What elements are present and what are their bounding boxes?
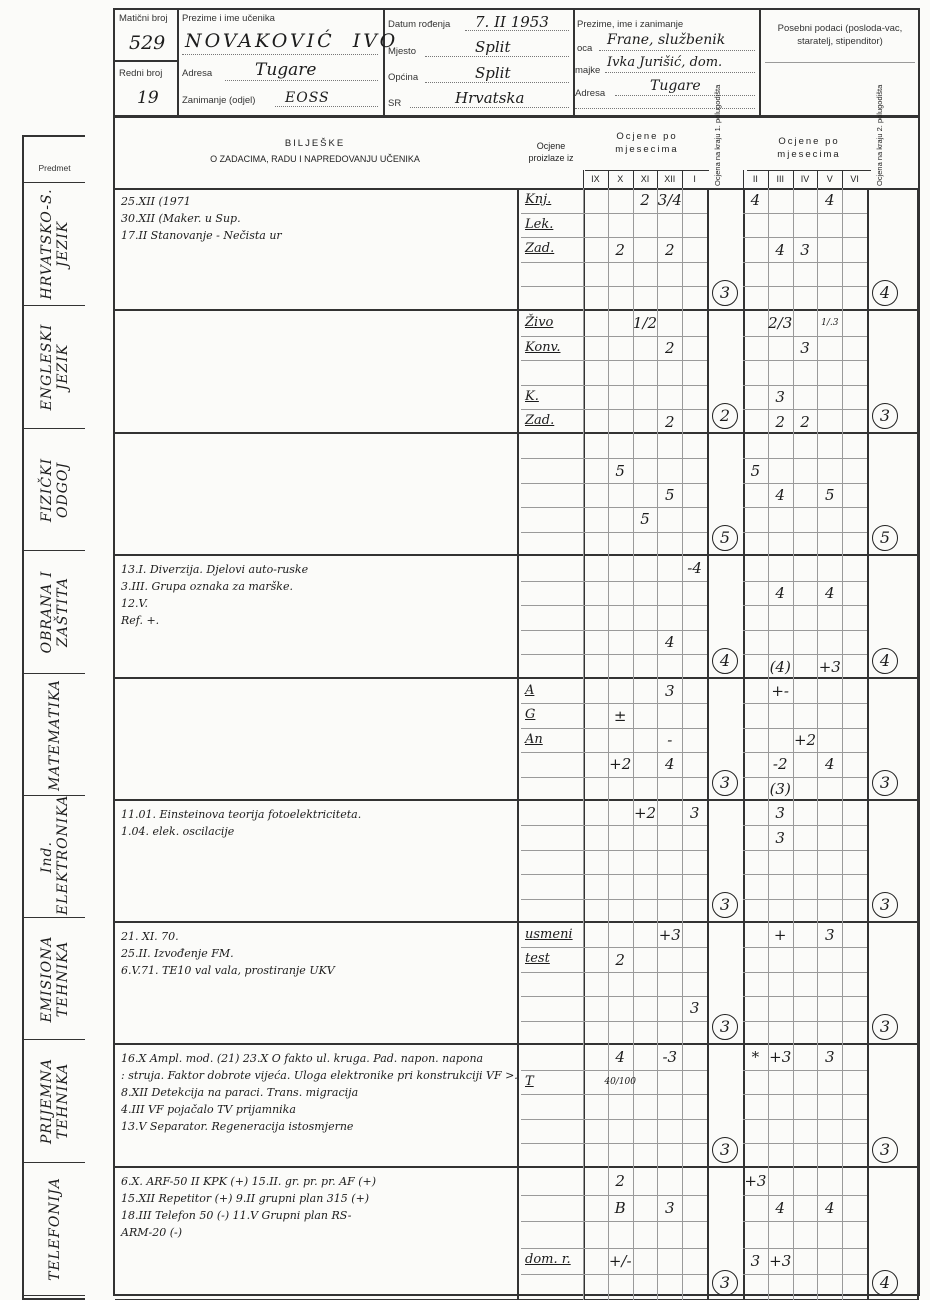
roditelji-adresa-label: Adresa <box>575 88 605 99</box>
month-label: XI <box>633 174 658 184</box>
grade-entry: 4 <box>825 191 835 209</box>
grade-entry: +/- <box>609 1252 632 1270</box>
grade-entry: 5 <box>825 486 835 504</box>
subject-row: 16.X Ampl. mod. (21) 23.X O fakto ul. kr… <box>115 1045 918 1168</box>
grade-entry: 4 <box>665 755 675 773</box>
redni-broj-label: Redni broj <box>119 68 162 79</box>
adresa-label: Adresa <box>182 68 212 79</box>
note-line: 30.XII (Maker. u Sup. <box>121 211 241 226</box>
grade-entry: 4 <box>825 755 835 773</box>
note-line: 18.III Telefon 50 (-) 11.V Grupni plan R… <box>121 1208 351 1223</box>
note-line: 3.III. Grupa oznaka za marške. <box>121 579 293 594</box>
subject-name: FIZIČKI ODGOJ <box>39 432 71 548</box>
maticni-broj-label: Matični broj <box>119 13 168 24</box>
subject-name: HRVATSKO-S. JEZIK <box>39 186 71 303</box>
grade-source: Zad. <box>525 413 554 428</box>
grade-entry: + <box>774 926 787 944</box>
grade-entry: (4) <box>770 658 791 676</box>
subject-row: 55545555 <box>115 434 918 556</box>
grade-source: Zad. <box>525 241 554 256</box>
month-label: IV <box>793 174 818 184</box>
mjesto-label: Mjesto <box>388 46 416 57</box>
final-grade-1: 3 <box>712 892 738 918</box>
grade-source: Konv. <box>525 340 561 355</box>
subject-name: OBRANA I ZAŠTITA <box>39 554 71 671</box>
grade-source: G <box>525 707 535 722</box>
note-line: 13.I. Diverzija. Djelovi auto-ruske <box>121 562 308 577</box>
grade-entry: +3 <box>819 658 841 676</box>
grade-source: An <box>525 732 543 747</box>
grade-entry: 3 <box>665 682 675 700</box>
final-grade-2: 4 <box>872 280 898 306</box>
grade-entry: +2 <box>794 731 816 749</box>
adresa-value: Tugare <box>255 60 317 80</box>
final-grade-2: 3 <box>872 892 898 918</box>
majke-label: majke <box>575 65 600 76</box>
grade-entry: -2 <box>773 755 788 773</box>
grade-entry: +2 <box>609 755 631 773</box>
note-line: 21. XI. 70. <box>121 929 179 944</box>
subject-row: 25.XII (197130.XII (Maker. u Sup.17.II S… <box>115 188 918 311</box>
subject-label-cell: TELEFONIJA <box>24 1163 85 1296</box>
student-header: Matični broj 529 Redni broj 19 Prezime i… <box>113 8 920 118</box>
note-line: Ref. +. <box>121 613 159 628</box>
subject-label-cell: OBRANA I ZAŠTITA <box>24 551 85 674</box>
grade-entry: 2 <box>775 413 785 431</box>
subject-row: ŽivoKonv.K.Zad.1/22/31/.323322223 <box>115 311 918 434</box>
grade-entry: 2 <box>800 413 810 431</box>
sr-value: Hrvatska <box>455 89 524 107</box>
predmet-header: Predmet <box>24 137 85 183</box>
biljeske-title: BILJEŠKE <box>115 138 515 149</box>
note-line: 25.XII (1971 <box>121 194 191 209</box>
grade-entry: 3 <box>775 388 785 406</box>
grade-entry: 2 <box>615 951 625 969</box>
grade-entry: 4 <box>615 1048 625 1066</box>
redni-broj-value: 19 <box>137 88 159 108</box>
grade-entry: 40/100 <box>604 1077 636 1087</box>
grade-source: Knj. <box>525 192 551 207</box>
student-name: NOVAKOVIĆ IVO <box>185 30 398 52</box>
grade-entry: 3 <box>690 999 700 1017</box>
grade-entry: 5 <box>640 510 650 528</box>
subject-label-cell: Ind. ELEKTRONIKA <box>24 796 85 918</box>
subject-row: AGAn3+-±-+2+24-24(3)33 <box>115 679 918 801</box>
grade-entry: -3 <box>662 1048 677 1066</box>
subject-label-cell: PRIJEMNA TEHNIKA <box>24 1040 85 1163</box>
zanimanje-value: EOSS <box>285 90 330 106</box>
final-grade-2: 4 <box>872 648 898 674</box>
subject-label-cell: EMISIONA TEHNIKA <box>24 918 85 1040</box>
oca-value: Frane, službenik <box>607 32 725 48</box>
grade-entry: 5 <box>751 462 761 480</box>
grade-entry: B <box>615 1199 626 1217</box>
ocjene-proizlaze-label: Ocjene proizlaze iz <box>518 140 584 164</box>
subject-label-cell: ENGLESKI JEZIK <box>24 306 85 429</box>
note-line: 25.II. Izvođenje FM. <box>121 946 234 961</box>
grade-entry: 3 <box>775 829 785 847</box>
grade-entry: 2 <box>665 339 675 357</box>
grade-source: T <box>525 1074 534 1089</box>
month-label: I <box>682 174 707 184</box>
posebni-podaci-label: Posebni podaci (posloda-vac, staratelj, … <box>765 22 915 48</box>
grade-entry: 2/3 <box>768 314 792 332</box>
opcina-value: Split <box>475 64 511 82</box>
note-line: 8.XII Detekcija na paraci. Trans. migrac… <box>121 1085 358 1100</box>
note-line: 12.V. <box>121 596 148 611</box>
final-grade-1: 4 <box>712 648 738 674</box>
note-line: : struja. Faktor dobrote vijeća. Uloga e… <box>121 1068 518 1083</box>
sr-label: SR <box>388 98 401 109</box>
grade-entry: 4 <box>751 191 761 209</box>
grade-entry: 2 <box>665 413 675 431</box>
subject-label-cell: MATEMATIKA <box>24 674 85 796</box>
subject-row: 11.01. Einsteinova teorija fotoelektrici… <box>115 801 918 923</box>
subject-row: 13.I. Diverzija. Djelovi auto-ruske3.III… <box>115 556 918 679</box>
grade-entry: 1/.3 <box>821 318 838 328</box>
month-label: XII <box>657 174 682 184</box>
grade-entry: (3) <box>770 780 791 798</box>
kraj-2-label: Ocjena na kraju 2. polugodišta <box>875 124 884 186</box>
grade-entry: 4 <box>775 241 785 259</box>
month-label: III <box>768 174 793 184</box>
month-label: X <box>608 174 633 184</box>
note-line: ARM-20 (-) <box>121 1225 182 1240</box>
final-grade-2: 5 <box>872 525 898 551</box>
mjesto-value: Split <box>475 38 511 56</box>
zanimanje-label: Zanimanje (odjel) <box>182 95 255 106</box>
grade-entry: 3/4 <box>658 191 682 209</box>
note-line: 15.XII Repetitor (+) 9.II grupni plan 31… <box>121 1191 369 1206</box>
grade-entry: +- <box>771 682 789 700</box>
grade-entry: ± <box>614 707 627 725</box>
grade-entry: +3 <box>769 1252 791 1270</box>
grade-entry: -4 <box>687 559 702 577</box>
grade-source: A <box>525 683 534 698</box>
final-grade-2: 3 <box>872 1014 898 1040</box>
majke-value: Ivka Jurišić, dom. <box>607 55 722 70</box>
subject-name: MATEMATIKA <box>47 677 63 793</box>
subject-label-cell: FIZIČKI ODGOJ <box>24 429 85 551</box>
grade-source: usmeni <box>525 927 573 942</box>
note-line: 6.V.71. TE10 val vala, prostiranje UKV <box>121 963 335 978</box>
grade-source: Lek. <box>525 217 553 232</box>
biljeske-subtitle: O ZADACIMA, RADU I NAPREDOVANJU UČENIKA <box>115 154 515 164</box>
grades-table: BILJEŠKE O ZADACIMA, RADU I NAPREDOVANJU… <box>113 118 920 1296</box>
note-line: 17.II Stanovanje - Nečista ur <box>121 228 282 243</box>
final-grade-1: 3 <box>712 1270 738 1296</box>
grade-source: dom. r. <box>525 1252 571 1267</box>
table-header-row: BILJEŠKE O ZADACIMA, RADU I NAPREDOVANJU… <box>115 118 918 190</box>
note-line: 6.X. ARF-50 II KPK (+) 15.II. gr. pr. pr… <box>121 1174 376 1189</box>
grade-entry: 1/2 <box>633 314 657 332</box>
final-grade-2: 3 <box>872 403 898 429</box>
subject-name: PRIJEMNA TEHNIKA <box>39 1043 71 1160</box>
grade-source: Živo <box>525 315 553 330</box>
subject-name: Ind. ELEKTRONIKA <box>39 799 71 915</box>
subject-name: TELEFONIJA <box>47 1166 63 1293</box>
roditelji-adresa-value: Tugare <box>650 78 701 94</box>
month-label: V <box>817 174 842 184</box>
grade-entry: 4 <box>775 486 785 504</box>
grade-entry: 3 <box>665 1199 675 1217</box>
grade-entry: 3 <box>690 804 700 822</box>
grade-entry: 3 <box>825 1048 835 1066</box>
final-grade-1: 2 <box>712 403 738 429</box>
subject-column: Predmet HRVATSKO-S. JEZIKENGLESKI JEZIKF… <box>22 135 85 1300</box>
grade-entry: 3 <box>800 339 810 357</box>
note-line: 1.04. elek. oscilacije <box>121 824 234 839</box>
final-grade-2: 3 <box>872 1137 898 1163</box>
grade-entry: - <box>667 731 672 749</box>
grade-entry: 2 <box>640 191 650 209</box>
opcina-label: Općina <box>388 72 418 83</box>
ocjene-po-mjesecima-2: Ocjene po mjesecima <box>747 135 871 161</box>
subject-row: 21. XI. 70.25.II. Izvođenje FM.6.V.71. T… <box>115 923 918 1045</box>
grade-entry: 2 <box>615 1172 625 1190</box>
month-label: VI <box>842 174 867 184</box>
grade-entry: +2 <box>634 804 656 822</box>
grade-entry: 2 <box>665 241 675 259</box>
grade-entry: 3 <box>775 804 785 822</box>
grade-entry: 4 <box>825 584 835 602</box>
grade-entry: 5 <box>665 486 675 504</box>
grade-entry: 3 <box>825 926 835 944</box>
grade-entry: 3 <box>751 1252 761 1270</box>
grade-entry: 2 <box>615 241 625 259</box>
grade-entry: 3 <box>800 241 810 259</box>
subject-label-cell: HRVATSKO-S. JEZIK <box>24 183 85 306</box>
grade-source: K. <box>525 389 539 404</box>
subject-name: ENGLESKI JEZIK <box>39 309 71 426</box>
datum-value: 7. II 1953 <box>475 13 549 31</box>
final-grade-1: 3 <box>712 1137 738 1163</box>
grade-source: test <box>525 951 550 966</box>
grade-entry: 4 <box>825 1199 835 1217</box>
subject-row: 6.X. ARF-50 II KPK (+) 15.II. gr. pr. pr… <box>115 1168 918 1300</box>
ocjene-po-mjesecima-1: Ocjene po mjesecima <box>585 130 709 156</box>
grade-entry: * <box>752 1048 760 1066</box>
final-grade-1: 3 <box>712 280 738 306</box>
final-grade-1: 5 <box>712 525 738 551</box>
note-line: 13.V Separator. Regeneracija istosmjerne <box>121 1119 353 1134</box>
grade-entry: 4 <box>665 633 675 651</box>
month-label: IX <box>583 174 608 184</box>
final-grade-1: 3 <box>712 770 738 796</box>
kraj-1-label: Ocjena na kraju 1. polugodišta <box>713 124 722 186</box>
subject-name: EMISIONA TEHNIKA <box>39 921 71 1037</box>
note-line: 11.01. Einsteinova teorija fotoelektrici… <box>121 807 361 822</box>
grade-entry: +3 <box>659 926 681 944</box>
ime-label: Prezime i ime učenika <box>182 13 275 24</box>
grade-entry: 4 <box>775 1199 785 1217</box>
grade-entry: +3 <box>744 1172 766 1190</box>
month-label: II <box>743 174 768 184</box>
final-grade-1: 3 <box>712 1014 738 1040</box>
datum-label: Datum rođenja <box>388 19 450 30</box>
grade-entry: +3 <box>769 1048 791 1066</box>
note-line: 4.III VF pojačalo TV prijamnika <box>121 1102 296 1117</box>
final-grade-2: 3 <box>872 770 898 796</box>
grade-entry: 5 <box>615 462 625 480</box>
maticni-broj-value: 529 <box>129 32 165 54</box>
final-grade-2: 4 <box>872 1270 898 1296</box>
grade-entry: 4 <box>775 584 785 602</box>
roditelji-label: Prezime, ime i zanimanje <box>577 19 683 30</box>
oca-label: oca <box>577 43 592 54</box>
note-line: 16.X Ampl. mod. (21) 23.X O fakto ul. kr… <box>121 1051 483 1066</box>
